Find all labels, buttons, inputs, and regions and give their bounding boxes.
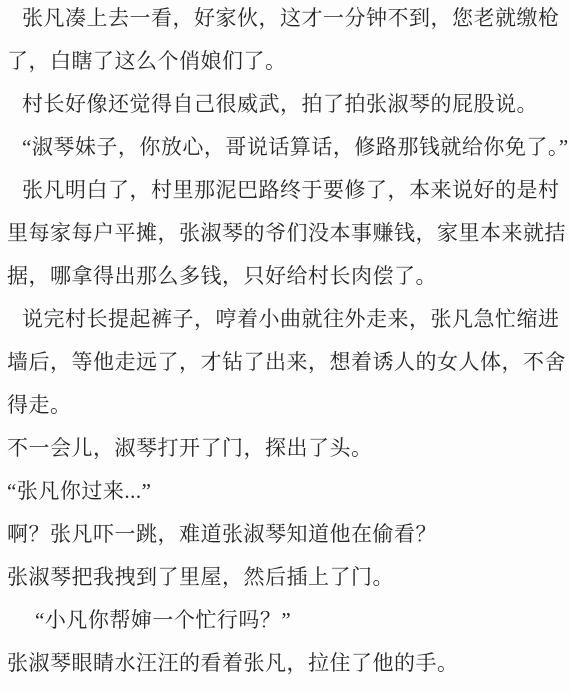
- text-line-11: 不一会儿，淑琴打开了门，探出了头。: [7, 427, 566, 470]
- text-line-13: 啊？张凡吓一跳，难道张淑琴知道他在偷看？: [7, 513, 566, 556]
- text-line-1: 张凡凑上去一看，好家伙，这才一分钟不到，您老就缴枪: [7, 0, 566, 40]
- text-line-8: 说完村长提起裤子，哼着小曲就往外走来，张凡急忙缩进: [7, 298, 566, 341]
- text-line-3: 村长好像还觉得自己很威武，拍了拍张淑琴的屁股说。: [7, 83, 566, 126]
- novel-page: 张凡凑上去一看，好家伙，这才一分钟不到，您老就缴枪了，白瞎了这么个俏娘们了。村长…: [0, 0, 570, 693]
- text-line-15: “小凡你帮婶一个忙行吗？”: [7, 599, 566, 642]
- text-line-2: 了，白瞎了这么个俏娘们了。: [7, 40, 566, 83]
- text-line-12: “张凡你过来...”: [7, 470, 566, 513]
- text-line-14: 张淑琴把我拽到了里屋，然后插上了门。: [7, 556, 566, 599]
- text-line-9: 墙后，等他走远了，才钻了出来，想着诱人的女人体，不舍: [7, 341, 566, 384]
- text-line-10: 得走。: [7, 384, 566, 427]
- text-line-16: 张淑琴眼睛水汪汪的看着张凡，拉住了他的手。: [7, 642, 566, 685]
- novel-text-body: 张凡凑上去一看，好家伙，这才一分钟不到，您老就缴枪了，白瞎了这么个俏娘们了。村长…: [7, 0, 566, 685]
- text-line-6: 里每家每户平摊，张淑琴的爷们没本事赚钱，家里本来就拮: [7, 212, 566, 255]
- text-line-4: “淑琴妹子，你放心，哥说话算话，修路那钱就给你免了。”: [7, 126, 566, 169]
- text-line-7: 据，哪拿得出那么多钱，只好给村长肉偿了。: [7, 255, 566, 298]
- text-line-5: 张凡明白了，村里那泥巴路终于要修了，本来说好的是村: [7, 169, 566, 212]
